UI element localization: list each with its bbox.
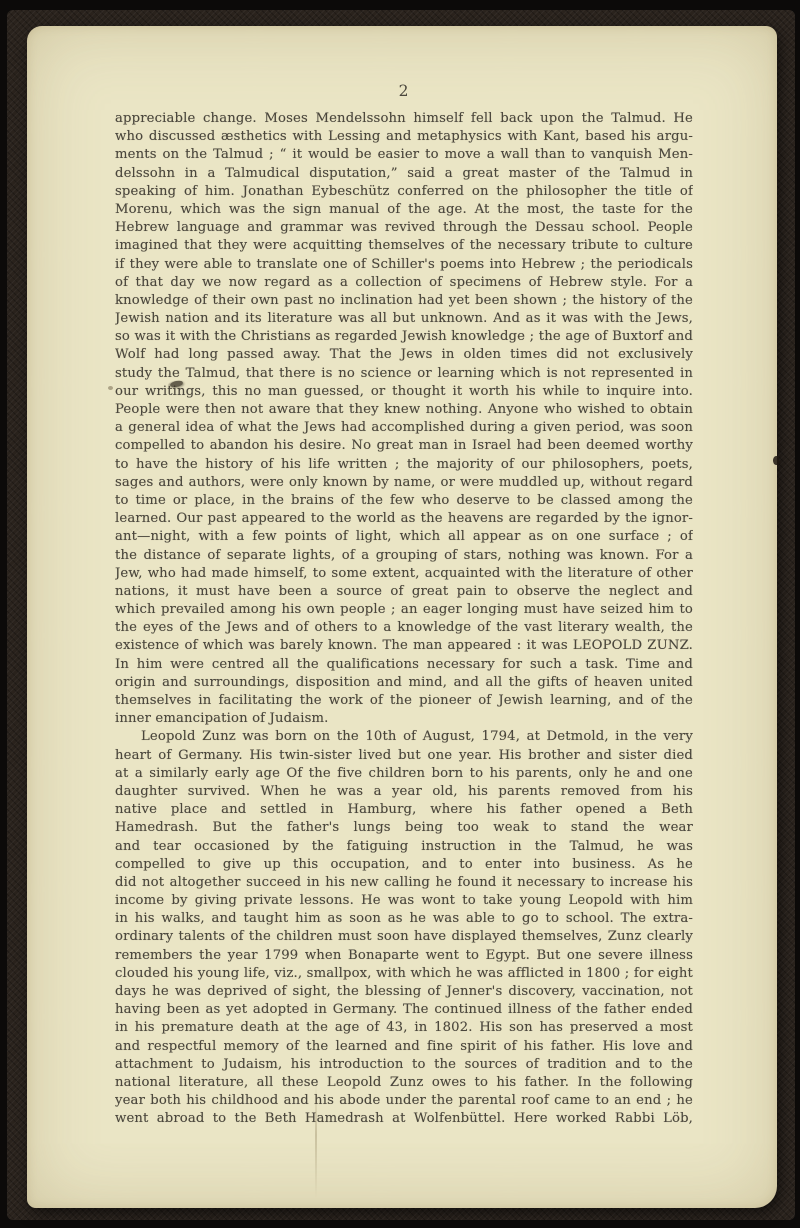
text-line: the distance of separate lights, of a gr… xyxy=(115,547,693,565)
text-line: appreciable change. Moses Mendelssohn hi… xyxy=(115,110,693,128)
text-line: compelled to abandon his desire. No grea… xyxy=(115,437,693,455)
text-line: compelled to give up this occupation, an… xyxy=(115,856,693,874)
text-line: who discussed æsthetics with Lessing and… xyxy=(115,128,693,146)
text-line: to time or place, in the brains of the f… xyxy=(115,492,693,510)
text-line: imagined that they were acquitting thems… xyxy=(115,237,693,255)
text-line: in his walks, and taught him as soon as … xyxy=(115,910,693,928)
text-line: Hebrew language and grammar was revived … xyxy=(115,219,693,237)
text-line: delssohn in a Talmudical disputation,” s… xyxy=(115,165,693,183)
scanned-page: 2 appreciable change. Moses Mendelssohn … xyxy=(27,26,777,1208)
text-line: attachment to Judaism, his introduction … xyxy=(115,1056,693,1074)
text-line: Hamedrash. But the father's lungs being … xyxy=(115,819,693,837)
text-line: and tear occasioned by the fatiguing ins… xyxy=(115,838,693,856)
text-line: study the Talmud, that there is no scien… xyxy=(115,365,693,383)
text-line: and respectful memory of the learned and… xyxy=(115,1038,693,1056)
text-line: to have the history of his life written … xyxy=(115,456,693,474)
text-line: People were then not aware that they kne… xyxy=(115,401,693,419)
text-line: year both his childhood and his abode un… xyxy=(115,1092,693,1110)
text-line: days he was deprived of sight, the bless… xyxy=(115,983,693,1001)
text-line: Leopold Zunz was born on the 10th of Aug… xyxy=(115,728,693,746)
text-line: a general idea of what the Jews had acco… xyxy=(115,419,693,437)
text-line: the eyes of the Jews and of others to a … xyxy=(115,619,693,637)
text-line: our writings, this no man guessed, or th… xyxy=(115,383,693,401)
text-line: went abroad to the Beth Hamedrash at Wol… xyxy=(115,1110,693,1128)
text-line: national literature, all these Leopold Z… xyxy=(115,1074,693,1092)
page-number: 2 xyxy=(115,82,693,100)
paper-crease xyxy=(315,1084,317,1198)
text-line: which prevailed among his own people ; a… xyxy=(115,601,693,619)
paragraph-2: Leopold Zunz was born on the 10th of Aug… xyxy=(115,728,693,1128)
text-line: native place and settled in Hamburg, whe… xyxy=(115,801,693,819)
text-line: nations, it must have been a source of g… xyxy=(115,583,693,601)
text-line: origin and surroundings, disposition and… xyxy=(115,674,693,692)
text-line: In him were centred all the qualificatio… xyxy=(115,656,693,674)
text-column: appreciable change. Moses Mendelssohn hi… xyxy=(115,110,693,1129)
text-line: so was it with the Christians as regarde… xyxy=(115,328,693,346)
text-line: ant—night, with a few points of light, w… xyxy=(115,528,693,546)
text-line: clouded his young life, viz., smallpox, … xyxy=(115,965,693,983)
text-line: if they were able to translate one of Sc… xyxy=(115,256,693,274)
text-line: having been as yet adopted in Germany. T… xyxy=(115,1001,693,1019)
text-line: of that day we now regard as a collectio… xyxy=(115,274,693,292)
text-line: Jew, who had made himself, to some exten… xyxy=(115,565,693,583)
photo-background: { "document": { "page_number": "2", "par… xyxy=(0,0,800,1228)
text-line: Wolf had long passed away. That the Jews… xyxy=(115,346,693,364)
text-line: Morenu, which was the sign manual of the… xyxy=(115,201,693,219)
edge-wear-mark xyxy=(773,456,779,465)
text-line: existence of which was barely known. The… xyxy=(115,637,693,655)
text-line: ordinary talents of the children must so… xyxy=(115,928,693,946)
text-line: speaking of him. Jonathan Eybeschütz con… xyxy=(115,183,693,201)
text-line: sages and authors, were only known by na… xyxy=(115,474,693,492)
text-line: ments on the Talmud ; “ it would be easi… xyxy=(115,146,693,164)
paragraph-1: appreciable change. Moses Mendelssohn hi… xyxy=(115,110,693,728)
text-line: inner emancipation of Judaism. xyxy=(115,710,693,728)
text-line: heart of Germany. His twin-sister lived … xyxy=(115,747,693,765)
text-line: in his premature death at the age of 43,… xyxy=(115,1019,693,1037)
text-line: daughter survived. When he was a year ol… xyxy=(115,783,693,801)
text-line: at a similarly early age Of the five chi… xyxy=(115,765,693,783)
text-line: Jewish nation and its literature was all… xyxy=(115,310,693,328)
margin-speck xyxy=(108,386,113,390)
text-line: did not altogether succeed in his new ca… xyxy=(115,874,693,892)
text-line: remembers the year 1799 when Bonaparte w… xyxy=(115,947,693,965)
text-line: knowledge of their own past no inclinati… xyxy=(115,292,693,310)
text-line: themselves in facilitating the work of t… xyxy=(115,692,693,710)
text-line: income by giving private lessons. He was… xyxy=(115,892,693,910)
text-line: learned. Our past appeared to the world … xyxy=(115,510,693,528)
